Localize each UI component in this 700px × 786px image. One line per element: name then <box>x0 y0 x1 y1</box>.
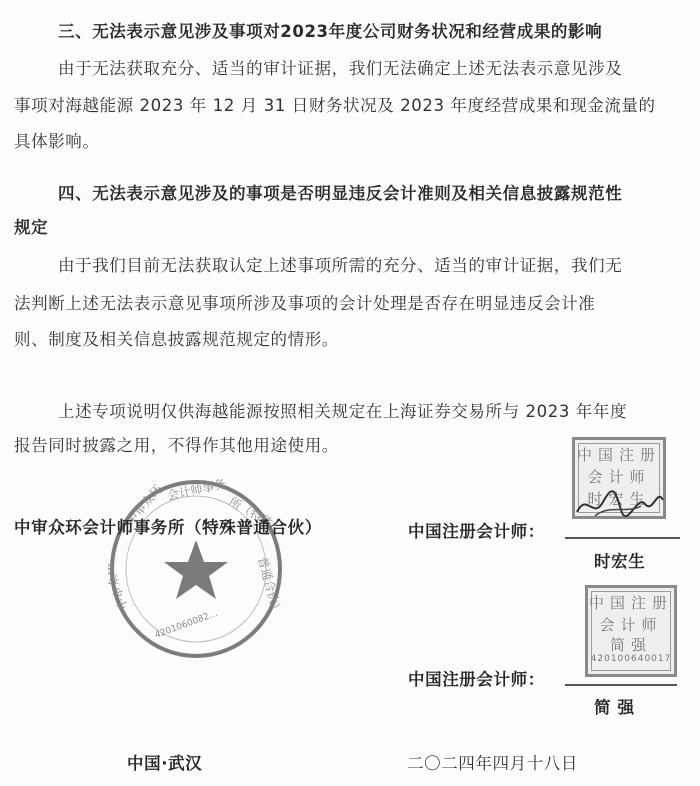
star-icon <box>164 540 228 599</box>
cpa2-signature-line <box>565 684 677 686</box>
audit-report-page: 三、无法表示意见涉及事项对2023年度公司财务状况和经营成果的影响 由于无法获取… <box>0 0 700 786</box>
section3-heading: 三、无法表示意见涉及事项对2023年度公司财务状况和经营成果的影响 <box>58 18 602 42</box>
section4-heading-line-1: 四、无法表示意见涉及的事项是否明显违反会计准则及相关信息披露规范性 <box>58 180 622 204</box>
closing-paragraph-line-1: 上述专项说明仅供海越能源按照相关规定在上海证券交易所与 2023 年年度 <box>58 398 627 422</box>
section3-paragraph-line-3: 具体影响。 <box>14 128 100 152</box>
firm-name: 中审众环会计师事务所（特殊普通合伙） <box>14 514 322 538</box>
report-date: 二〇二四年四月十八日 <box>407 750 578 774</box>
cpa2-label: 中国注册会计师： <box>408 666 545 690</box>
closing-paragraph-line-2: 报告同时披露之用，不得作其他用途使用。 <box>14 432 339 456</box>
section4-heading-line-2: 规定 <box>14 214 48 238</box>
section4-paragraph-line-1: 由于我们目前无法获取认定上述事项所需的充分、适当的审计证据，我们无 <box>58 252 622 276</box>
location: 中国·武汉 <box>127 750 202 774</box>
cpa2-name: 简 强 <box>594 694 635 718</box>
svg-text:4201060082…: 4201060082… <box>154 609 220 641</box>
firm-seal: 中审众环 会计师事务 所（特殊 普通合伙） 中审众环 4201060082… <box>108 478 284 660</box>
section3-paragraph-line-2: 事项对海越能源 2023 年 12 月 31 日财务状况及 2023 年度经营成… <box>14 92 656 116</box>
section4-paragraph-line-2: 法判断上述无法表示意见事项所涉及事项的会计处理是否存在明显违反会计准 <box>14 290 595 314</box>
cpa1-name: 时宏生 <box>594 548 645 572</box>
section4-paragraph-line-3: 则、制度及相关信息披露规范规定的情形。 <box>14 326 339 350</box>
cpa1-label: 中国注册会计师： <box>408 518 545 542</box>
cpa1-handwritten-signature <box>575 482 665 522</box>
cpa1-signature-line <box>565 537 680 539</box>
cpa2-stamp: 中国注册 会计师 简强 420100640017 <box>585 585 677 677</box>
section3-paragraph-line-1: 由于无法获取充分、适当的审计证据，我们无法确定上述无法表示意见涉及 <box>58 55 622 79</box>
